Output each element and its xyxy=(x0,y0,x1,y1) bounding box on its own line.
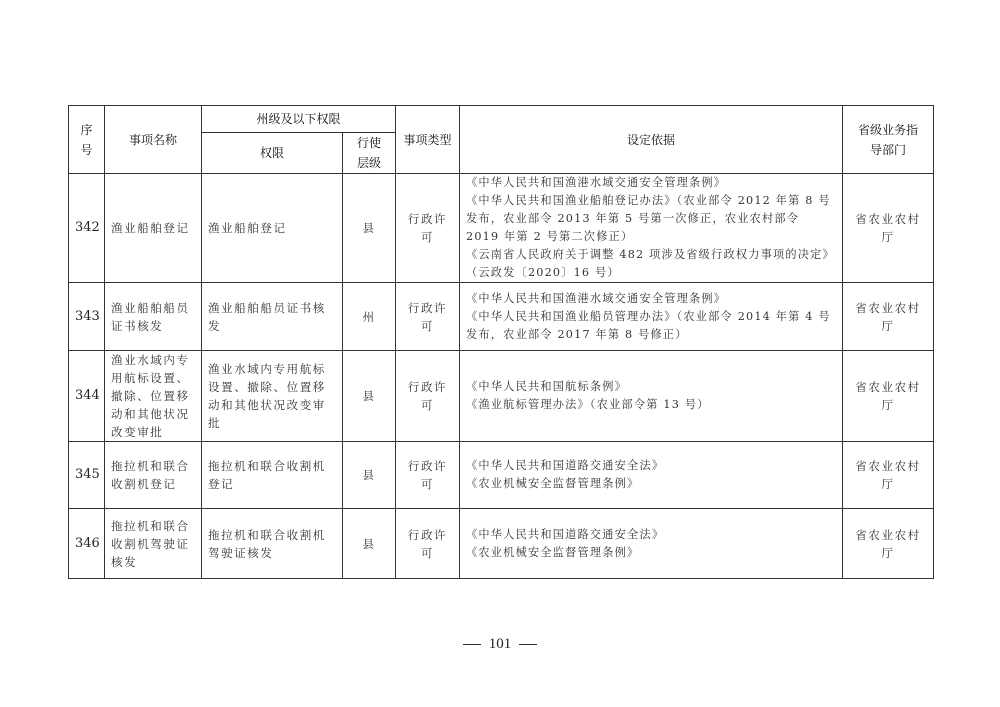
header-authority: 权限 xyxy=(202,133,343,174)
row-authority: 渔业船舶船员证书核发 xyxy=(202,283,343,351)
row-dept: 省农业农村厅 xyxy=(843,174,934,283)
row-authority: 拖拉机和联合收割机驾驶证核发 xyxy=(202,509,343,579)
row-dept: 省农业农村厅 xyxy=(843,509,934,579)
row-dept: 省农业农村厅 xyxy=(843,283,934,351)
row-basis: 《中华人民共和国渔港水域交通安全管理条例》 《中华人民共和国渔业船舶登记办法》（… xyxy=(460,174,843,283)
header-item-name: 事项名称 xyxy=(105,106,202,174)
row-no: 342 xyxy=(69,174,105,283)
header-dept: 省级业务指导部门 xyxy=(843,106,934,174)
row-type: 行政许可 xyxy=(396,174,460,283)
table-row: 346 拖拉机和联合收割机驾驶证核发 拖拉机和联合收割机驾驶证核发 县 行政许可… xyxy=(69,509,934,579)
row-item-name: 拖拉机和联合收割机驾驶证核发 xyxy=(105,509,202,579)
dash-right xyxy=(519,644,537,645)
table-row: 345 拖拉机和联合收割机登记 拖拉机和联合收割机登记 县 行政许可 《中华人民… xyxy=(69,442,934,509)
basis-line: 《中华人民共和国渔港水域交通安全管理条例》 xyxy=(466,174,836,192)
row-no: 346 xyxy=(69,509,105,579)
row-authority: 渔业水域内专用航标设置、撤除、位置移动和其他状况改变审批 xyxy=(202,351,343,442)
header-type: 事项类型 xyxy=(396,106,460,174)
header-level: 行使层级 xyxy=(343,133,396,174)
header-no: 序号 xyxy=(69,106,105,174)
row-item-name: 拖拉机和联合收割机登记 xyxy=(105,442,202,509)
row-type: 行政许可 xyxy=(396,509,460,579)
row-level: 县 xyxy=(343,174,396,283)
row-type: 行政许可 xyxy=(396,442,460,509)
row-authority: 拖拉机和联合收割机登记 xyxy=(202,442,343,509)
basis-line: 《农业机械安全监督管理条例》 xyxy=(466,475,836,493)
row-type: 行政许可 xyxy=(396,351,460,442)
table-row: 344 渔业水域内专用航标设置、撤除、位置移动和其他状况改变审批 渔业水域内专用… xyxy=(69,351,934,442)
row-basis: 《中华人民共和国道路交通安全法》 《农业机械安全监督管理条例》 xyxy=(460,442,843,509)
table-row: 342 渔业船舶登记 渔业船舶登记 县 行政许可 《中华人民共和国渔港水域交通安… xyxy=(69,174,934,283)
basis-line: 《云南省人民政府关于调整 482 项涉及省级行政权力事项的决定》（云政发〔202… xyxy=(466,246,836,282)
basis-line: 《中华人民共和国航标条例》 xyxy=(466,378,836,396)
row-authority: 渔业船舶登记 xyxy=(202,174,343,283)
row-no: 344 xyxy=(69,351,105,442)
basis-line: 《中华人民共和国渔业船舶登记办法》（农业部令 2012 年第 8 号发布，农业部… xyxy=(466,192,836,246)
row-no: 343 xyxy=(69,283,105,351)
row-basis: 《中华人民共和国道路交通安全法》 《农业机械安全监督管理条例》 xyxy=(460,509,843,579)
basis-line: 《农业机械安全监督管理条例》 xyxy=(466,544,836,562)
dash-left xyxy=(463,644,481,645)
table-row: 343 渔业船舶船员证书核发 渔业船舶船员证书核发 州 行政许可 《中华人民共和… xyxy=(69,283,934,351)
basis-line: 《中华人民共和国道路交通安全法》 xyxy=(466,526,836,544)
basis-line: 《中华人民共和国渔业船员管理办法》（农业部令 2014 年第 4 号发布，农业部… xyxy=(466,308,836,344)
page-footer: 101 xyxy=(0,636,1000,653)
basis-line: 《中华人民共和国道路交通安全法》 xyxy=(466,457,836,475)
row-basis: 《中华人民共和国渔港水域交通安全管理条例》 《中华人民共和国渔业船员管理办法》（… xyxy=(460,283,843,351)
row-item-name: 渔业船舶船员证书核发 xyxy=(105,283,202,351)
row-item-name: 渔业船舶登记 xyxy=(105,174,202,283)
header-basis: 设定依据 xyxy=(460,106,843,174)
row-basis: 《中华人民共和国航标条例》 《渔业航标管理办法》（农业部令第 13 号） xyxy=(460,351,843,442)
row-level: 县 xyxy=(343,351,396,442)
row-level: 县 xyxy=(343,442,396,509)
header-group-prefecture-and-below: 州级及以下权限 xyxy=(202,106,396,133)
basis-line: 《渔业航标管理办法》（农业部令第 13 号） xyxy=(466,396,836,414)
row-no: 345 xyxy=(69,442,105,509)
basis-line: 《中华人民共和国渔港水域交通安全管理条例》 xyxy=(466,290,836,308)
row-dept: 省农业农村厅 xyxy=(843,351,934,442)
row-level: 县 xyxy=(343,509,396,579)
page-number: 101 xyxy=(489,636,512,652)
row-level: 州 xyxy=(343,283,396,351)
row-item-name: 渔业水域内专用航标设置、撤除、位置移动和其他状况改变审批 xyxy=(105,351,202,442)
permissions-table: 序号 事项名称 州级及以下权限 事项类型 设定依据 省级业务指导部门 权限 行使… xyxy=(68,105,934,579)
row-type: 行政许可 xyxy=(396,283,460,351)
row-dept: 省农业农村厅 xyxy=(843,442,934,509)
